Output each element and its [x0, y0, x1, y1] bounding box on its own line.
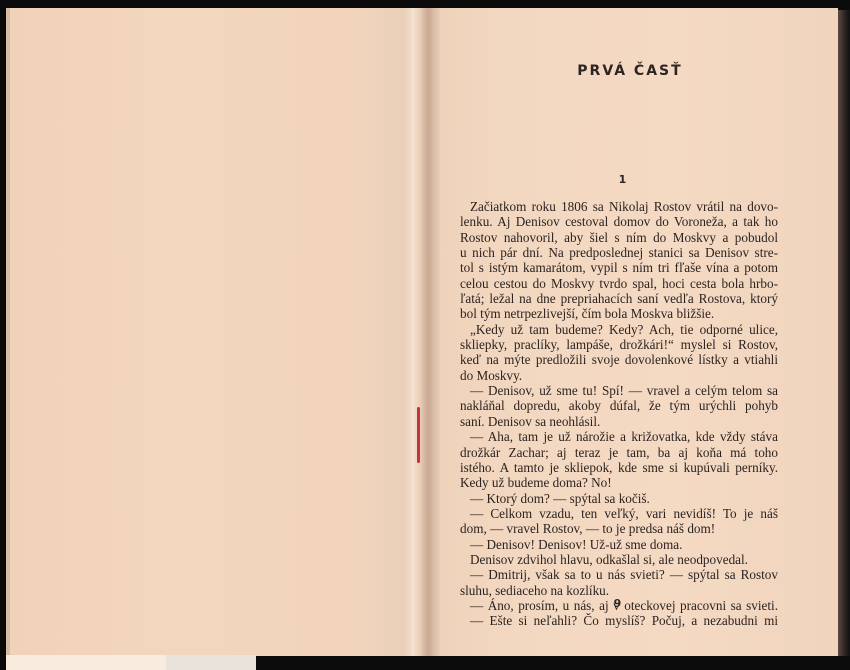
- chapter-number: 1: [440, 173, 805, 186]
- book-spine: [412, 8, 442, 656]
- text-line: u nich pár dní. Na predposlednej stanici…: [460, 245, 778, 260]
- text-line: Rostov nahovoril, aby šiel s ním do Mosk…: [460, 230, 778, 245]
- text-line: — Celkom vzadu, ten veľký, vari nevidíš!…: [460, 506, 778, 521]
- text-line: Kedy už budeme doma? No!: [460, 475, 778, 490]
- text-line: — Aha, tam je už nárožie a križovatka, k…: [460, 429, 778, 444]
- text-line: ľatá; ležal na dne prepriahacích saní ve…: [460, 291, 778, 306]
- text-line: Začiatkom roku 1806 sa Nikolaj Rostov vr…: [460, 199, 778, 214]
- text-line: — Denisov! Denisov! Už-už sme doma.: [460, 537, 778, 552]
- left-page: [6, 8, 416, 656]
- text-line: celou cestou do Moskvy tvrdo spal, hoci …: [460, 276, 778, 291]
- text-line: bol tým netrpezlivejší, čím bola Moskva …: [460, 306, 778, 321]
- page-number: 9: [440, 597, 795, 610]
- text-line: dom, — vravel Rostov, — to je predsa náš…: [460, 521, 778, 536]
- page-edge-strip: [6, 655, 166, 670]
- text-line: lenku. Aj Denisov cestoval domov do Voro…: [460, 214, 778, 229]
- text-line: sluhu, sediaceho na kozlíku.: [460, 583, 778, 598]
- background-surface: [256, 656, 850, 670]
- text-line: — Ktorý dom? — spýtal sa kočiš.: [460, 491, 778, 506]
- body-text: Začiatkom roku 1806 sa Nikolaj Rostov vr…: [460, 199, 778, 629]
- text-line: — Ešte si neľahli? Čo myslíš? Počuj, a n…: [460, 613, 778, 628]
- text-line: tol s istým kamarátom, vypil s ním tri f…: [460, 260, 778, 275]
- text-line: do Moskvy.: [460, 368, 778, 383]
- part-title: PRVÁ ČASŤ: [440, 63, 820, 79]
- bleed-through-text: [6, 66, 416, 78]
- text-line: Denisov zdvihol hlavu, odkašlal si, ale …: [460, 552, 778, 567]
- page-edge-strip: [166, 655, 256, 670]
- text-line: — Denisov, už sme tu! Spí! — vravel a ce…: [460, 383, 778, 398]
- text-line: „Kedy už tam budeme? Kedy? Ach, tie odpo…: [460, 322, 778, 337]
- text-line: — Dmitrij, však sa to u nás svieti? — sp…: [460, 567, 778, 582]
- bookmark-ribbon: [417, 407, 420, 463]
- text-line: drožkár Zachar; aj teraz je tam, ba aj k…: [460, 445, 778, 460]
- text-line: nakláňal dopredu, akoby dúfal, že tým ur…: [460, 398, 778, 413]
- text-line: skliepky, praclíky, lampáše, drožkári!“ …: [460, 337, 778, 352]
- book-spread: PRVÁ ČASŤ 1 Začiatkom roku 1806 sa Nikol…: [0, 0, 850, 670]
- text-line: saní. Denisov sa neohlásil.: [460, 414, 778, 429]
- text-line: istého. A tamto je skliepok, kde sme si …: [460, 460, 778, 475]
- book-cover-edge: [838, 10, 850, 660]
- text-line: keď na mýte predložili svoje dovolenkové…: [460, 352, 778, 367]
